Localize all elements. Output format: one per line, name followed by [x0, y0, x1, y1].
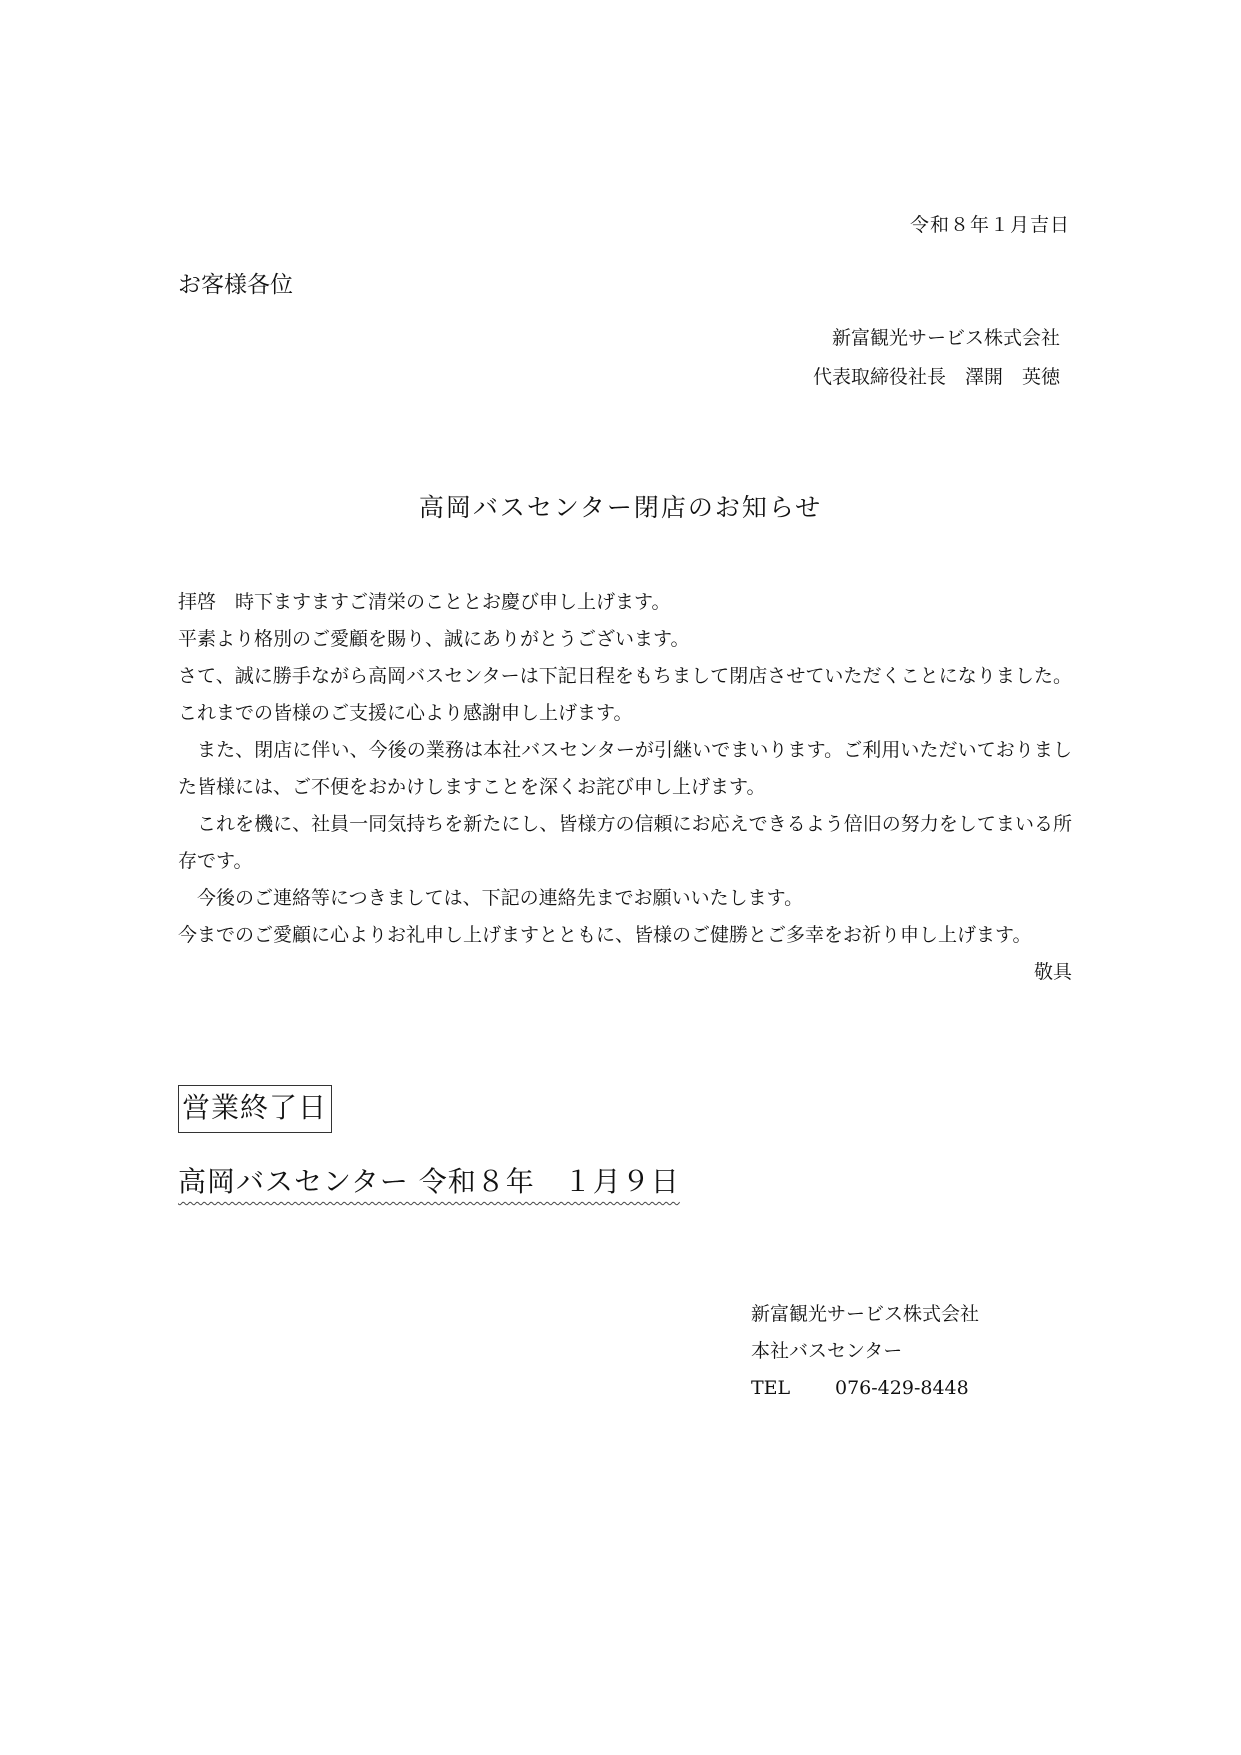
closing-word: 敬具	[178, 954, 1072, 991]
body-paragraph: 平素より格別のご愛顧を賜り、誠にありがとうございます。	[178, 621, 1072, 658]
document-date: 令和８年１月吉日	[910, 210, 1070, 237]
body-paragraph: 今までのご愛顧に心よりお礼申し上げますとともに、皆様のご健勝とご多幸をお祈り申し…	[178, 917, 1072, 954]
contact-company: 新富観光サービス株式会社	[751, 1296, 979, 1333]
tel-number: 076-429-8448	[835, 1377, 969, 1399]
closing-date-detail: 高岡バスセンター 令和８年 １月９日	[178, 1160, 680, 1206]
contact-department: 本社バスセンター	[751, 1333, 979, 1370]
sender-company: 新富観光サービス株式会社	[832, 323, 1060, 350]
notice-title: 高岡バスセンター閉店のお知らせ	[0, 488, 1241, 524]
body-paragraph: これを機に、社員一同気持ちを新たにし、皆様方の信頼にお応えできるよう倍旧の努力を…	[178, 806, 1072, 880]
body-paragraph: さて、誠に勝手ながら高岡バスセンターは下記日程をもちまして閉店させていただくこと…	[178, 658, 1072, 732]
addressee: お客様各位	[178, 266, 293, 299]
body-paragraph: 拝啓 時下ますますご清栄のこととお慶び申し上げます。	[178, 584, 1072, 621]
contact-tel: TEL076-429-8448	[751, 1370, 979, 1407]
closing-date-label: 営業終了日	[178, 1085, 332, 1133]
sender-representative: 代表取締役社長 澤開 英徳	[813, 362, 1060, 389]
contact-block: 新富観光サービス株式会社 本社バスセンター TEL076-429-8448	[751, 1296, 979, 1407]
body-paragraph: また、閉店に伴い、今後の業務は本社バスセンターが引継いでまいります。ご利用いただ…	[178, 732, 1072, 806]
body-paragraph: 今後のご連絡等につきましては、下記の連絡先までお願いいたします。	[178, 880, 1072, 917]
letter-body: 拝啓 時下ますますご清栄のこととお慶び申し上げます。 平素より格別のご愛顧を賜り…	[178, 584, 1072, 991]
tel-label: TEL	[751, 1370, 835, 1407]
